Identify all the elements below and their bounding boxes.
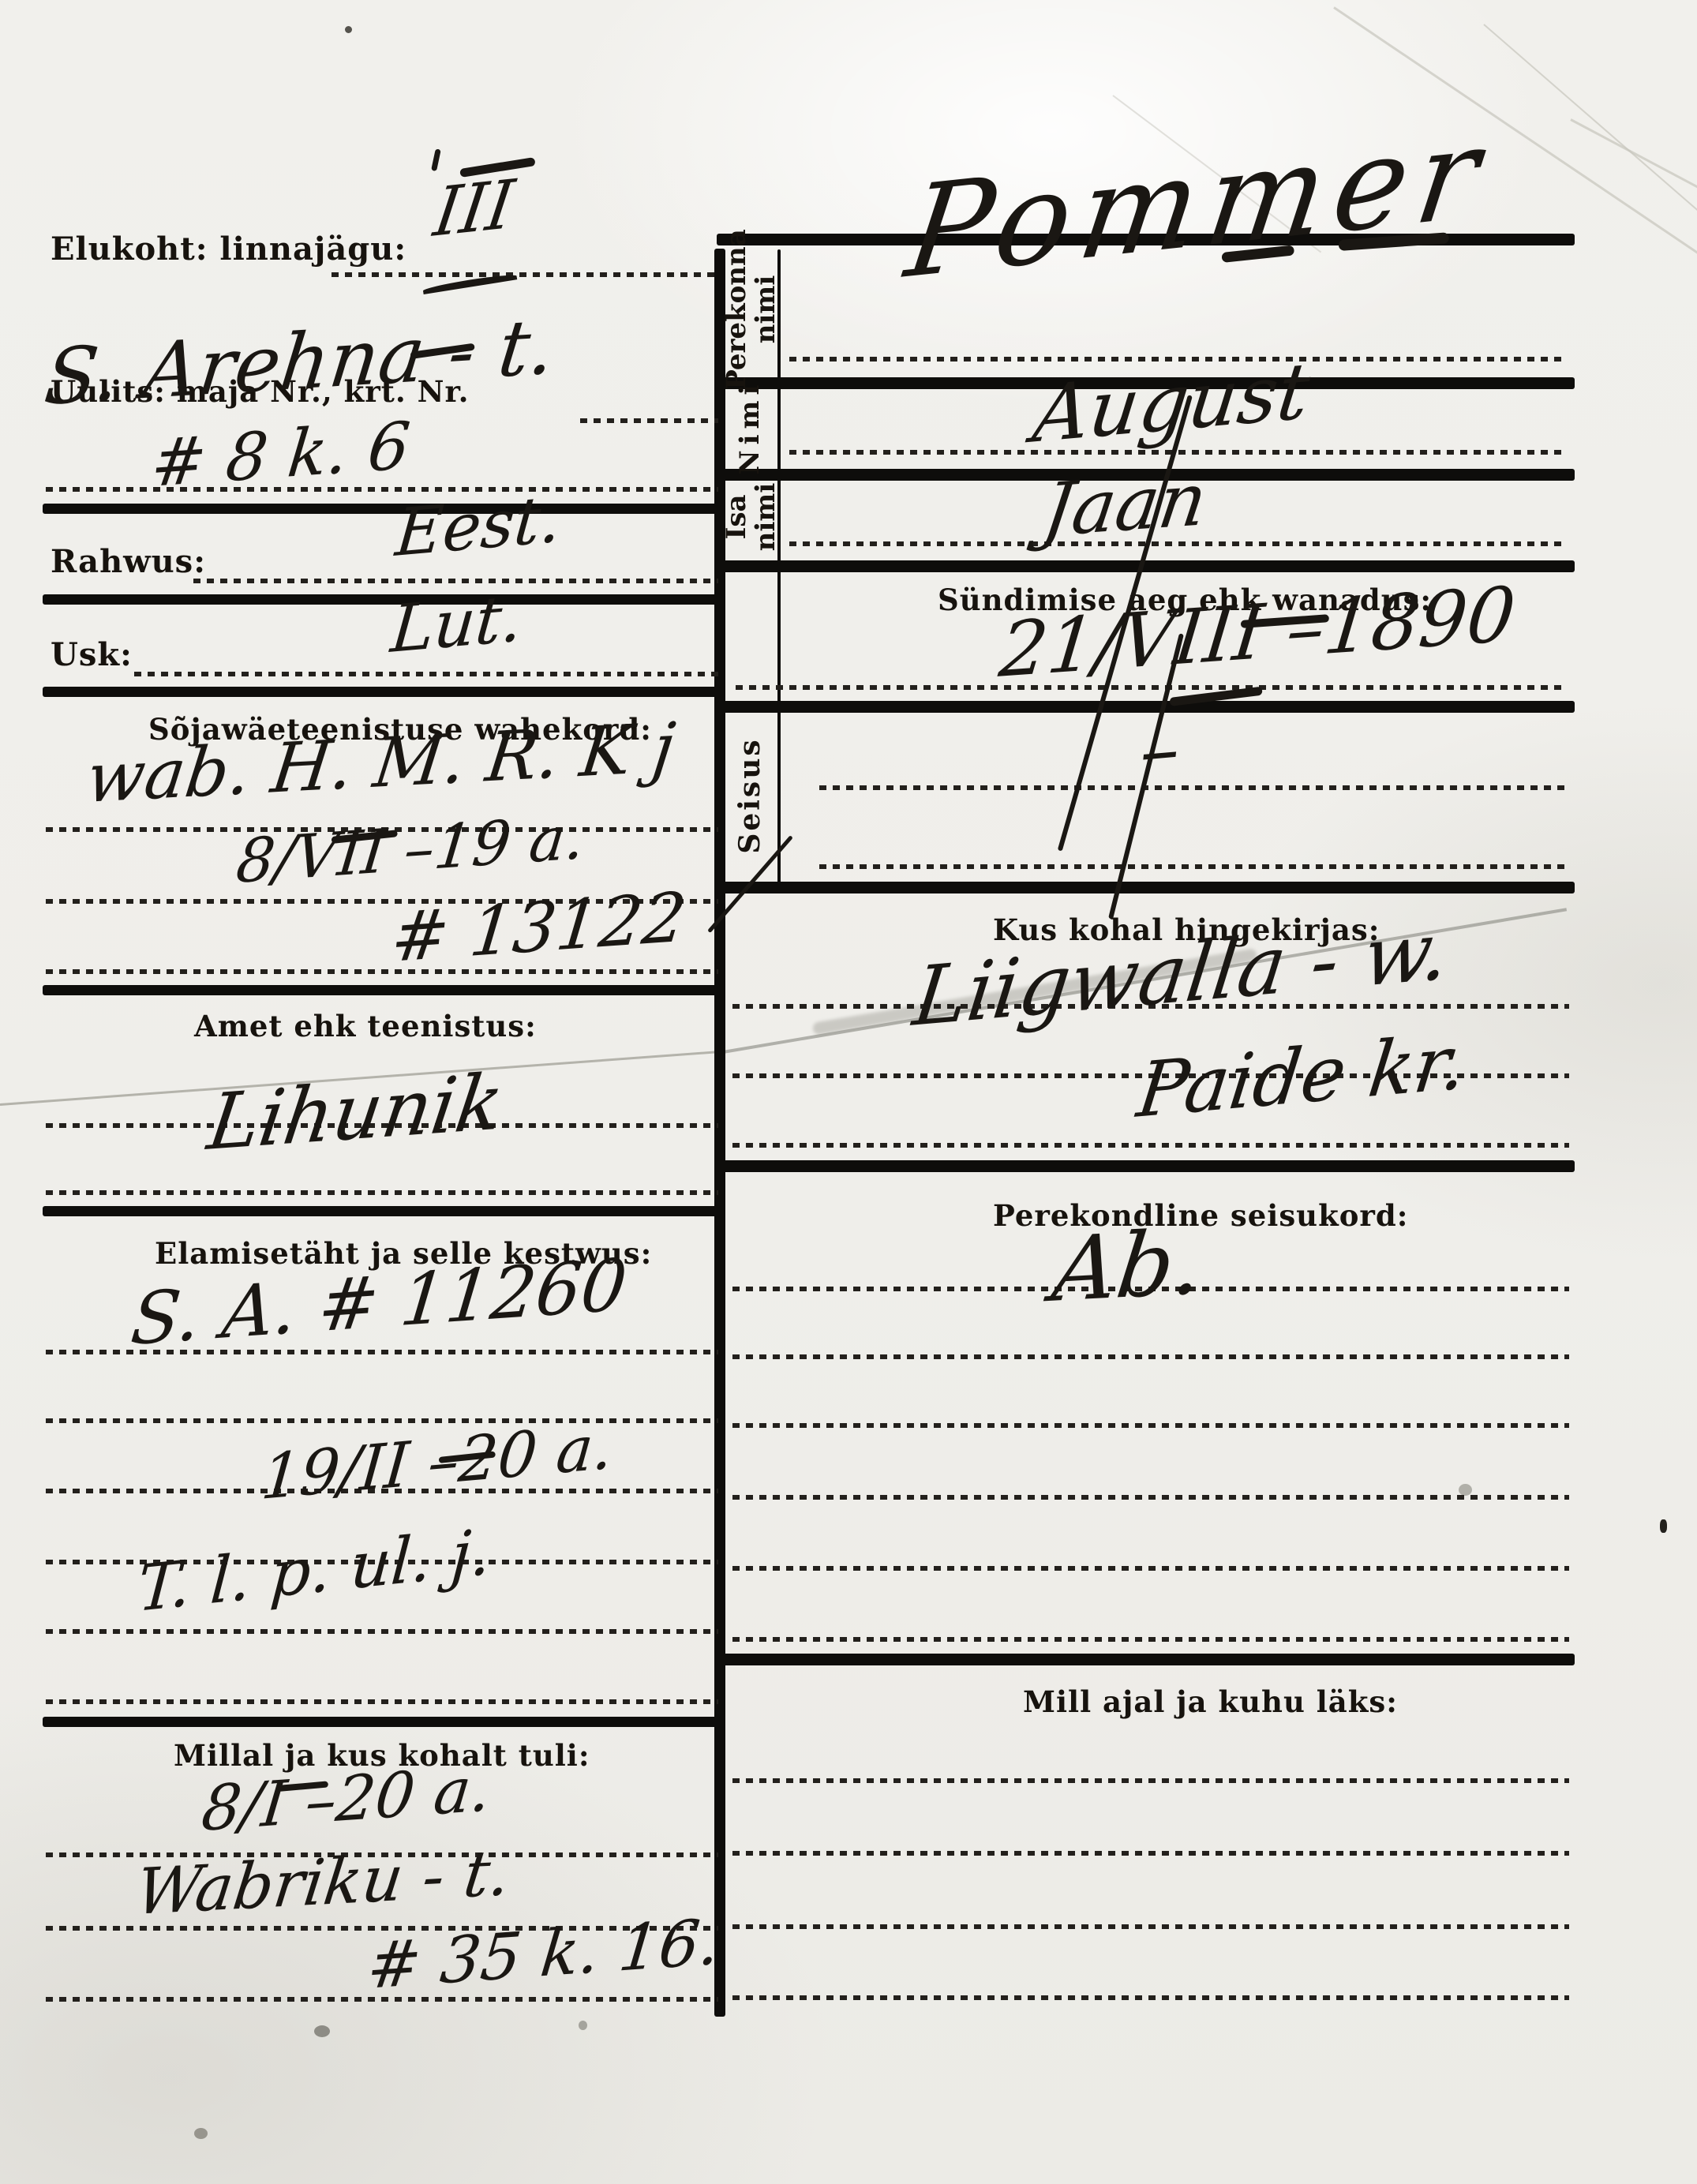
- religion-label: Usk:: [51, 636, 133, 673]
- paper-speck: [1660, 1519, 1667, 1533]
- section-rule: [717, 1654, 1575, 1665]
- handwritten-social-status: –: [1136, 709, 1182, 791]
- handwritten-occupation: Lihunik: [204, 1063, 508, 1161]
- dotted-line: [819, 785, 1567, 790]
- father-name-label: Isa nimi: [720, 474, 783, 560]
- dotted-line: [732, 1778, 1569, 1783]
- dotted-line: [732, 1995, 1569, 2000]
- district-tick-stroke: [431, 148, 441, 171]
- dotted-line: [46, 487, 718, 492]
- handwritten-permit-line3: T. l. p. ul. j.: [136, 1520, 493, 1621]
- departure-label: Mill ajal ja kuhu läks:: [1023, 1684, 1398, 1719]
- paper-speck: [194, 2128, 208, 2139]
- handwritten-first-name: August: [1029, 352, 1313, 455]
- dotted-line: [732, 1637, 1569, 1642]
- dotted-line: [732, 1495, 1569, 1500]
- dotted-line: [580, 418, 718, 423]
- dotted-line: [46, 1418, 718, 1423]
- paper-crease: [1483, 24, 1697, 263]
- dotted-line: [46, 1629, 718, 1634]
- residence-district-label: Elukoht: linnajägu:: [51, 230, 406, 268]
- dotted-line: [732, 1851, 1569, 1856]
- handwritten-family-name: Pommer: [900, 109, 1495, 297]
- paper-speck: [345, 26, 352, 33]
- dotted-line: [46, 969, 718, 974]
- section-rule: [43, 594, 721, 605]
- paper-speck: [579, 2021, 587, 2030]
- paper-crease: [1570, 118, 1697, 231]
- handwritten-religion: Lut.: [388, 586, 525, 663]
- section-rule: [717, 882, 1575, 893]
- handwritten-military-line2: 8/VII –19 a.: [234, 807, 587, 892]
- handwritten-arrival-line1: 8/I –20 a.: [199, 1759, 493, 1841]
- section-rule: [43, 687, 721, 697]
- section-rule: [717, 1160, 1575, 1172]
- handwritten-permit-line2: 19/II –20 a.: [259, 1416, 616, 1509]
- section-rule: [43, 1717, 721, 1727]
- dotted-line: [732, 1924, 1569, 1929]
- dotted-line: [46, 1699, 718, 1704]
- occupation-label: Amet ehk teenistus:: [194, 1009, 537, 1043]
- social-status-label: Seisus: [732, 713, 768, 878]
- dotted-line: [819, 864, 1567, 869]
- handwritten-father-name: Jaan: [1039, 463, 1211, 548]
- handwritten-house-number: # 8 k. 6: [148, 414, 413, 497]
- handwritten-district: III: [430, 170, 518, 246]
- dotted-line: [732, 1423, 1569, 1428]
- family-name-label: Perekonna nimi: [720, 242, 783, 376]
- dotted-line: [193, 579, 718, 583]
- section-rule: [43, 504, 721, 514]
- handwritten-parish-line1: Liigwalla - w.: [909, 910, 1454, 1039]
- dotted-line: [134, 672, 718, 676]
- handwritten-nationality: Eest.: [393, 487, 564, 567]
- dotted-line: [732, 1143, 1569, 1148]
- dotted-line: [789, 450, 1567, 455]
- handwritten-street: S. Arehna - t.: [41, 308, 558, 416]
- nationality-label: Rahwus:: [51, 543, 206, 580]
- dotted-line: [332, 272, 718, 277]
- handwritten-parish-line2: Paide kr.: [1133, 1025, 1470, 1129]
- first-name-label: Nimi: [733, 384, 766, 470]
- paper-speck: [314, 2025, 330, 2037]
- section-rule: [717, 560, 1575, 572]
- dotted-line: [732, 1354, 1569, 1359]
- handwritten-marital-status: Ab.: [1048, 1218, 1208, 1315]
- paper-speck: [1459, 1484, 1472, 1496]
- section-rule: [43, 1206, 721, 1216]
- registration-card: Elukoht: linnajägu: Uulits: maja Nr., kr…: [0, 0, 1697, 2184]
- dotted-line: [732, 1566, 1569, 1571]
- handwritten-military-line3: # 13122: [388, 883, 689, 972]
- handwritten-arrival-line2: Wabriku - t.: [133, 1841, 514, 1924]
- handwritten-arrival-line3: # 35 k. 16.: [365, 1910, 723, 1999]
- section-rule: [43, 985, 721, 995]
- dotted-line: [736, 685, 1567, 690]
- dotted-line: [46, 1190, 718, 1195]
